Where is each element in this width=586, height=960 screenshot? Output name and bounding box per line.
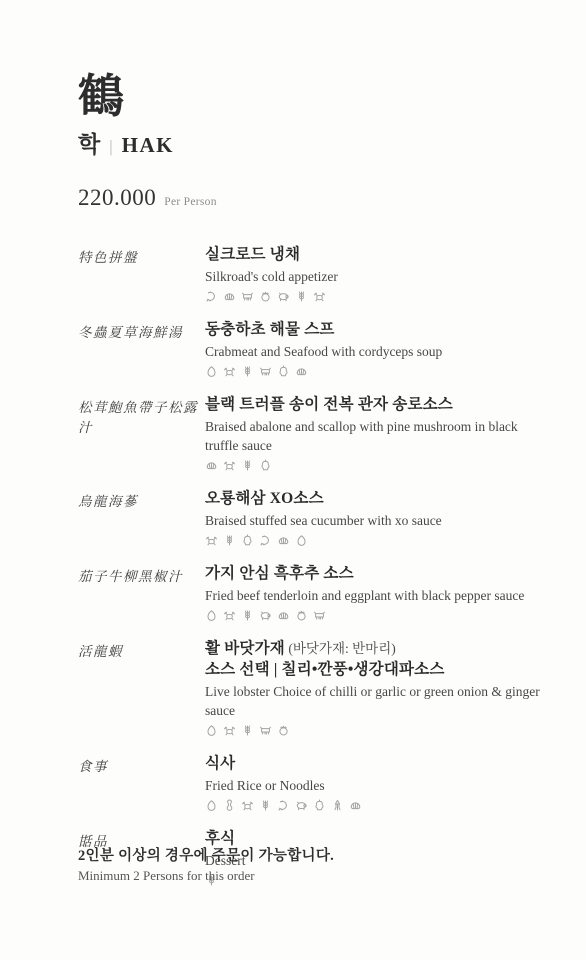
- allergen-icons: [205, 607, 552, 624]
- shellfish-icon: [277, 534, 290, 547]
- menu-item-chinese-name: 食事: [78, 753, 205, 814]
- allergen-icons: [205, 457, 552, 474]
- tomato-icon: [277, 724, 290, 737]
- menu-item-korean-note: (바닷가재: 반마리): [285, 641, 396, 656]
- menu-page: 鶴 학 | HAK 220.000 Per Person 特色拼盤실크로드 냉채…: [0, 0, 586, 960]
- wheat-icon: [223, 534, 236, 547]
- menu-item-detail: 오룡해삼 XO소스Braised stuffed sea cucumber wi…: [205, 488, 552, 549]
- menu-list: 特色拼盤실크로드 냉채Silkroad's cold appetizer冬蟲夏草…: [78, 244, 552, 903]
- menu-item-english-description: Braised stuffed sea cucumber with xo sau…: [205, 511, 552, 530]
- allergen-icons: [205, 532, 552, 549]
- menu-item-sauce-options: 소스 선택 | 칠리•깐풍•생강대파소스: [205, 659, 552, 680]
- pork-icon: [277, 290, 290, 303]
- menu-item: 特色拼盤실크로드 냉채Silkroad's cold appetizer: [78, 244, 552, 305]
- menu-item-detail: 활 바닷가재 (바닷가재: 반마리)소스 선택 | 칠리•깐풍•생강대파소스Li…: [205, 638, 552, 739]
- crab-icon: [313, 290, 326, 303]
- page-title-korean: 학: [78, 126, 100, 159]
- chicken-icon: [277, 365, 290, 378]
- shellfish-icon: [205, 459, 218, 472]
- menu-item: 冬蟲夏草海鮮湯동충하초 해물 스프Crabmeat and Seafood wi…: [78, 319, 552, 380]
- egg-icon: [295, 534, 308, 547]
- beef-icon: [313, 609, 326, 622]
- wheat-icon: [241, 459, 254, 472]
- crab-icon: [223, 609, 236, 622]
- menu-item-detail: 실크로드 냉채Silkroad's cold appetizer: [205, 244, 552, 305]
- wheat-icon: [241, 609, 254, 622]
- chicken-icon: [313, 799, 326, 812]
- beef-icon: [259, 365, 272, 378]
- menu-item-korean-name: 실크로드 냉채: [205, 244, 552, 265]
- allergen-icons: [205, 363, 552, 380]
- menu-item-english-description: Braised abalone and scallop with pine mu…: [205, 417, 552, 455]
- wheat-icon: [295, 290, 308, 303]
- crab-icon: [223, 724, 236, 737]
- egg-icon: [205, 724, 218, 737]
- footer-note-english: Minimum 2 Persons for this order: [78, 868, 334, 884]
- menu-item: 烏龍海蔘오룡해삼 XO소스Braised stuffed sea cucumbe…: [78, 488, 552, 549]
- menu-item-detail: 가지 안심 흑후추 소스Fried beef tenderloin and eg…: [205, 563, 552, 624]
- menu-header: 鶴 학 | HAK: [78, 72, 174, 159]
- egg-icon: [205, 609, 218, 622]
- egg-icon: [205, 799, 218, 812]
- chicken-icon: [259, 459, 272, 472]
- wheat-icon: [259, 799, 272, 812]
- tomato-icon: [259, 290, 272, 303]
- wheat-icon: [241, 724, 254, 737]
- pork-icon: [259, 609, 272, 622]
- menu-item-korean-name: 식사: [205, 753, 552, 774]
- allergen-icons: [205, 797, 552, 814]
- menu-item-korean-name: 블랙 트러플 송이 전복 관자 송로소스: [205, 394, 552, 415]
- page-title-hanja: 鶴: [78, 72, 174, 122]
- menu-item-english-description: Silkroad's cold appetizer: [205, 267, 552, 286]
- menu-item: 松茸鮑魚帶子松露汁블랙 트러플 송이 전복 관자 송로소스Braised aba…: [78, 394, 552, 474]
- price-line: 220.000 Per Person: [78, 185, 217, 211]
- menu-item-korean-name: 오룡해삼 XO소스: [205, 488, 552, 509]
- menu-item-chinese-name: 活龍蝦: [78, 638, 205, 739]
- shrimp-icon: [277, 799, 290, 812]
- beef-icon: [259, 724, 272, 737]
- menu-item-chinese-name: 冬蟲夏草海鮮湯: [78, 319, 205, 380]
- menu-item-detail: 식사Fried Rice or Noodles: [205, 753, 552, 814]
- menu-item-korean-name: 활 바닷가재 (바닷가재: 반마리): [205, 638, 552, 659]
- crab-icon: [223, 365, 236, 378]
- menu-item-chinese-name: 烏龍海蔘: [78, 488, 205, 549]
- crab-icon: [223, 459, 236, 472]
- shellfish-icon: [223, 290, 236, 303]
- shellfish-icon: [277, 609, 290, 622]
- menu-item-chinese-name: 松茸鮑魚帶子松露汁: [78, 394, 205, 474]
- shellfish-icon: [295, 365, 308, 378]
- menu-item-detail: 블랙 트러플 송이 전복 관자 송로소스Braised abalone and …: [205, 394, 552, 474]
- footer-note: 2인분 이상의 경우에 주문이 가능합니다. Minimum 2 Persons…: [78, 844, 334, 884]
- menu-item-english-description: Fried Rice or Noodles: [205, 776, 552, 795]
- menu-item-chinese-name: 特色拼盤: [78, 244, 205, 305]
- menu-item-chinese-name: 茄子牛柳黑椒汁: [78, 563, 205, 624]
- beef-icon: [241, 290, 254, 303]
- chicken-icon: [241, 534, 254, 547]
- menu-item-korean-name: 가지 안심 흑후추 소스: [205, 563, 552, 584]
- menu-item-english-description: Fried beef tenderloin and eggplant with …: [205, 586, 552, 605]
- menu-item-detail: 동충하초 해물 스프Crabmeat and Seafood with cord…: [205, 319, 552, 380]
- price-amount: 220.000: [78, 185, 156, 211]
- peanut-icon: [223, 799, 236, 812]
- footer-note-korean: 2인분 이상의 경우에 주문이 가능합니다.: [78, 844, 334, 865]
- crab-icon: [241, 799, 254, 812]
- page-title-line: 학 | HAK: [78, 126, 174, 159]
- shrimp-icon: [205, 290, 218, 303]
- menu-item: 食事식사Fried Rice or Noodles: [78, 753, 552, 814]
- allergen-icons: [205, 288, 552, 305]
- page-title-romanized: HAK: [122, 133, 174, 158]
- menu-item-english-description: Live lobster Choice of chilli or garlic …: [205, 682, 552, 720]
- shrimp-icon: [259, 534, 272, 547]
- allergen-icons: [205, 722, 552, 739]
- menu-item-korean-name: 동충하초 해물 스프: [205, 319, 552, 340]
- menu-item: 茄子牛柳黑椒汁가지 안심 흑후추 소스Fried beef tenderloin…: [78, 563, 552, 624]
- pork-icon: [295, 799, 308, 812]
- shellfish-icon: [349, 799, 362, 812]
- tomato-icon: [295, 609, 308, 622]
- wheat-icon: [241, 365, 254, 378]
- crab-icon: [205, 534, 218, 547]
- menu-item: 活龍蝦활 바닷가재 (바닷가재: 반마리)소스 선택 | 칠리•깐풍•생강대파소…: [78, 638, 552, 739]
- squid-icon: [331, 799, 344, 812]
- title-divider: |: [109, 137, 112, 157]
- price-unit-label: Per Person: [164, 196, 217, 208]
- menu-item-english-description: Crabmeat and Seafood with cordyceps soup: [205, 342, 552, 361]
- egg-icon: [205, 365, 218, 378]
